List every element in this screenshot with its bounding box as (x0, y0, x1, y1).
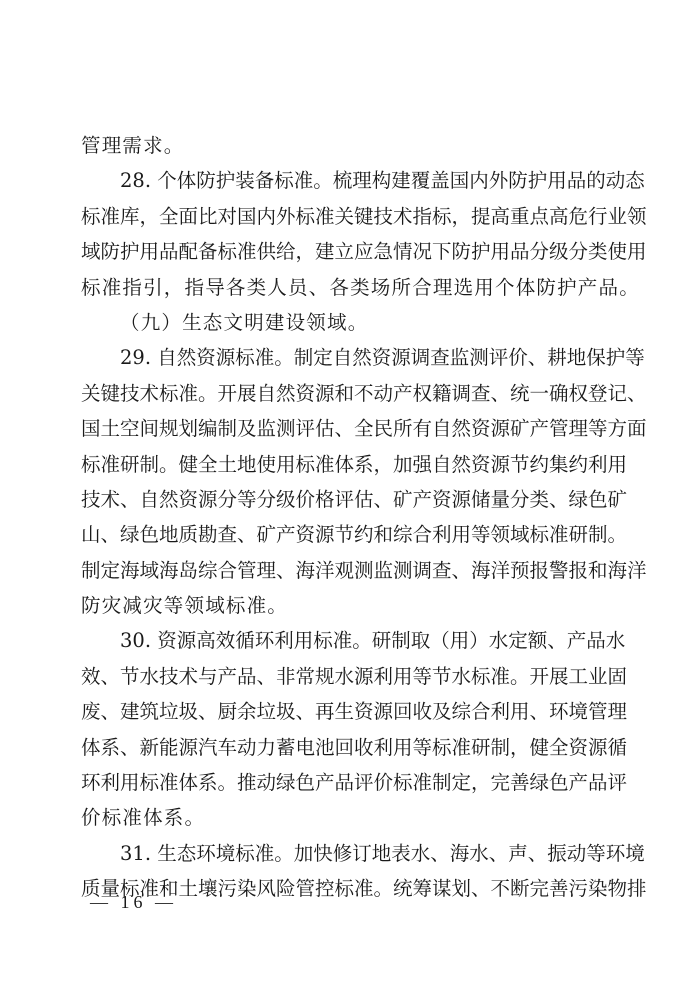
paragraph-29-start: 29. 自然资源标准。制定自然资源调查监测评价、耕地保护等 (81, 340, 621, 375)
text-line: 制定海域海岛综合管理、海洋观测监测调查、海洋预报警报和海洋 (81, 553, 621, 588)
text-line: 国土空间规划编制及监测评估、全民所有自然资源矿产管理等方面 (81, 411, 621, 446)
text-line: 价标准体系。 (81, 800, 621, 835)
text-line: 标准研制。健全土地使用标准体系，加强自然资源节约集约利用 (81, 447, 621, 482)
text-line: 技术、自然资源分等分级价格评估、矿产资源储量分类、绿色矿 (81, 482, 621, 517)
document-body: 管理需求。 28. 个体防护装备标准。梳理构建覆盖国内外防护用品的动态 标准库，… (81, 128, 621, 907)
text-line: 体系、新能源汽车动力蓄电池回收利用等标准研制，健全资源循 (81, 730, 621, 765)
section-heading: （九）生态文明建设领域。 (81, 305, 621, 340)
text-line: 效、节水技术与产品、非常规水源利用等节水标准。开展工业固 (81, 659, 621, 694)
paragraph-31-start: 31. 生态环境标准。加快修订地表水、海水、声、振动等环境 (81, 836, 621, 871)
text-line: 关键技术标准。开展自然资源和不动产权籍调查、统一确权登记、 (81, 376, 621, 411)
text-line: 废、建筑垃圾、厨余垃圾、再生资源回收及综合利用、环境管理 (81, 694, 621, 729)
text-line: 标准库，全面比对国内外标准关键技术指标，提高重点高危行业领 (81, 199, 621, 234)
text-line: 防灾减灾等领域标准。 (81, 588, 621, 623)
text-line: 山、绿色地质勘查、矿产资源节约和综合利用等领域标准研制。 (81, 517, 621, 552)
paragraph-30-start: 30. 资源高效循环利用标准。研制取（用）水定额、产品水 (81, 623, 621, 658)
text-line: 环利用标准体系。推动绿色产品评价标准制定，完善绿色产品评 (81, 765, 621, 800)
text-line: 标准指引，指导各类人员、各类场所合理选用个体防护产品。 (81, 270, 621, 305)
page-number: — 16 — (90, 892, 177, 913)
text-line: 域防护用品配备标准供给，建立应急情况下防护用品分级分类使用 (81, 234, 621, 269)
text-line: 管理需求。 (81, 128, 621, 163)
paragraph-28-start: 28. 个体防护装备标准。梳理构建覆盖国内外防护用品的动态 (81, 163, 621, 198)
